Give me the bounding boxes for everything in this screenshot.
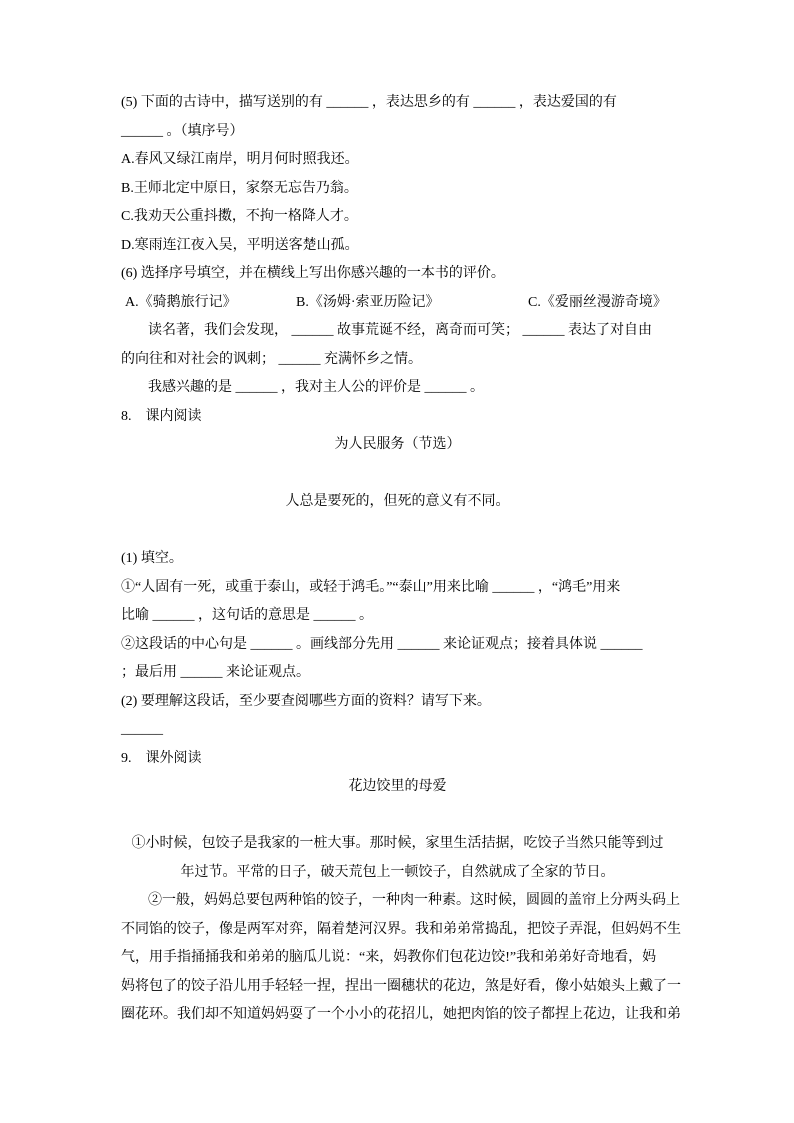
- passage-9-para-1-line-1: ①小时候，包饺子是我家的一桩大事。那时候，家里生活拮据，吃饺子当然只能等到过: [121, 830, 674, 859]
- question-8-heading: 8. 课内阅读: [121, 403, 674, 432]
- question-6-book-options: A.《骑鹅旅行记》B.《汤姆·索亚历险记》C.《爱丽丝漫游奇境》: [121, 289, 674, 318]
- passage-9-para-2-line-2: 不同馅的饺子，像是两军对弈，隔着楚河汉界。我和弟弟常捣乱，把饺子弄混，但妈妈不生: [121, 916, 674, 945]
- question-8-2-stem: (2) 要理解这段话，至少要查阅哪些方面的资料？请写下来。: [121, 688, 674, 717]
- question-8-1-item-1-line-1: ①“人固有一死，或重于泰山，或轻于鸿毛。”“泰山”用来比喻 ______ ，“鸿…: [121, 574, 674, 603]
- document-page: (5) 下面的古诗中，描写送别的有 ______ ，表达思乡的有 ______ …: [0, 0, 794, 1123]
- question-6-fill-line-2: 的向往和对社会的讽刺； ______ 充满怀乡之情。: [121, 346, 674, 375]
- passage-9-para-1-line-2: 年过节。平常的日子，破天荒包上一顿饺子，自然就成了全家的节日。: [121, 859, 674, 888]
- passage-9-para-2-line-4: 妈将包了的饺子沿儿用手轻轻一捏，捏出一圈穗状的花边，煞是好看，像小姑娘头上戴了一: [121, 973, 674, 1002]
- passage-9-title: 花边饺里的母爱: [121, 773, 674, 802]
- question-6-fill-line-1: 读名著，我们会发现， ______ 故事荒诞不经，离奇而可笑； ______ 表…: [121, 317, 674, 346]
- question-8-1-label: (1) 填空。: [121, 545, 674, 574]
- blank-line: [121, 460, 674, 489]
- question-5-option-c: C.我劝天公重抖擞，不拘一格降人才。: [121, 203, 674, 232]
- question-9-heading: 9. 课外阅读: [121, 745, 674, 774]
- question-5-stem-line-2: ______ 。（填序号）: [121, 118, 674, 147]
- blank-line: [121, 517, 674, 546]
- question-8-1-item-1-line-2: 比喻 ______ ，这句话的意思是 ______ 。: [121, 602, 674, 631]
- question-5-option-b: B.王师北定中原日，家祭无忘告乃翁。: [121, 175, 674, 204]
- document-body: (5) 下面的古诗中，描写送别的有 ______ ，表达思乡的有 ______ …: [121, 89, 674, 1030]
- question-5-stem-line-1: (5) 下面的古诗中，描写送别的有 ______ ，表达思乡的有 ______ …: [121, 89, 674, 118]
- question-5-option-a: A.春风又绿江南岸，明月何时照我还。: [121, 146, 674, 175]
- question-8-1-item-2-line-1: ②这段话的中心句是 ______ 。画线部分先用 ______ 来论证观点；接着…: [121, 631, 674, 660]
- passage-8-text: 人总是要死的，但死的意义有不同。: [121, 488, 674, 517]
- book-option-c: C.《爱丽丝漫游奇境》: [528, 289, 667, 318]
- book-option-b: B.《汤姆·索亚历险记》: [296, 289, 440, 318]
- question-5-option-d: D.寒雨连江夜入吴，平明送客楚山孤。: [121, 232, 674, 261]
- question-8-1-item-2-line-2: ；最后用 ______ 来论证观点。: [121, 659, 674, 688]
- passage-9-para-2-line-1: ②一般，妈妈总要包两种馅的饺子，一种肉一种素。这时候，圆圆的盖帘上分两头码上: [121, 887, 674, 916]
- question-6-stem: (6) 选择序号填空，并在横线上写出你感兴趣的一本书的评价。: [121, 260, 674, 289]
- blank-line: [121, 802, 674, 831]
- passage-9-para-2-line-5: 圈花环。我们却不知道妈妈耍了一个小小的花招儿，她把肉馅的饺子都捏上花边，让我和弟: [121, 1001, 674, 1030]
- passage-8-title: 为人民服务（节选）: [121, 431, 674, 460]
- question-6-response-line: 我感兴趣的是 ______ ，我对主人公的评价是 ______ 。: [121, 374, 674, 403]
- question-8-2-answer-blank: ______: [121, 716, 674, 745]
- passage-9-para-2-line-3: 气，用手指捅捅我和弟弟的脑瓜儿说：“来，妈教你们包花边饺!”我和弟弟好奇地看，妈: [121, 944, 674, 973]
- book-option-a: A.《骑鹅旅行记》: [125, 289, 237, 318]
